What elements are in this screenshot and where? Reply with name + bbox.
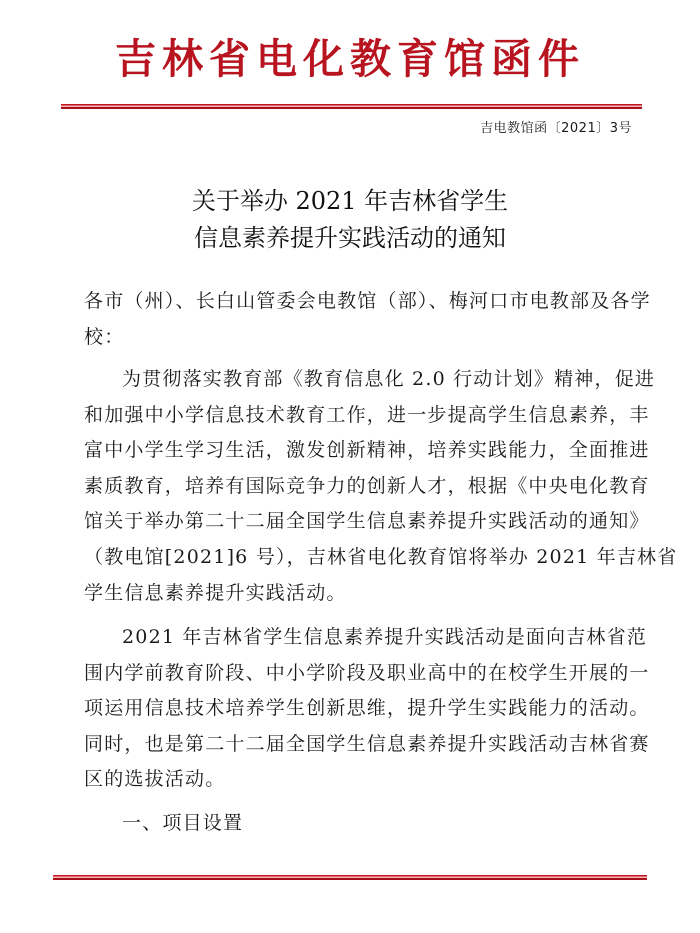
paragraph-1-line: （教电馆[2021]6 号），吉林省电化教育馆将举办 2021 年吉林省	[84, 540, 616, 576]
paragraph-2-line: 区的选拔活动。	[84, 762, 616, 798]
letterhead-title: 吉林省电化教育馆函件	[0, 34, 700, 84]
paragraph-2-line: 同时，也是第二十二届全国学生信息素养提升实践活动吉林省赛	[84, 727, 616, 763]
paragraph-2-line: 围内学前教育阶段、中小学阶段及职业高中的在校学生开展的一	[84, 656, 616, 692]
section-heading-text: 一、项目设置	[84, 806, 616, 842]
section-heading: 一、项目设置	[84, 806, 616, 842]
paragraph-2-line: 项运用信息技术培养学生创新思维，提升学生实践能力的活动。	[84, 691, 616, 727]
paragraph-1-line: 富中小学生学习生活，激发创新精神，培养实践能力，全面推进	[84, 433, 616, 469]
document-title: 关于举办 2021 年吉林省学生 信息素养提升实践活动的通知	[0, 183, 700, 257]
document-number: 吉电教馆函〔2021〕3号	[480, 117, 632, 136]
title-line-1: 关于举办 2021 年吉林省学生	[0, 183, 700, 220]
salutation-line-2: 校：	[84, 320, 616, 356]
salutation: 各市（州）、长白山管委会电教馆（部）、梅河口市电教部及各学 校：	[84, 284, 616, 355]
paragraph-1-line: 馆关于举办第二十二届全国学生信息素养提升实践活动的通知》	[84, 504, 616, 540]
paragraph-2: 2021 年吉林省学生信息素养提升实践活动是面向吉林省范 围内学前教育阶段、中小…	[84, 620, 616, 798]
paragraph-1-line: 学生信息素养提升实践活动。	[84, 576, 616, 612]
paragraph-1-line: 为贯彻落实教育部《教育信息化 2.0 行动计划》精神，促进	[84, 362, 616, 398]
paragraph-1-line: 和加强中小学信息技术教育工作，进一步提高学生信息素养，丰	[84, 398, 616, 434]
paragraph-2-line: 2021 年吉林省学生信息素养提升实践活动是面向吉林省范	[84, 620, 616, 656]
paragraph-1-line: 素质教育，培养有国际竞争力的创新人才，根据《中央电化教育	[84, 469, 616, 505]
salutation-line-1: 各市（州）、长白山管委会电教馆（部）、梅河口市电教部及各学	[84, 284, 616, 320]
title-line-2: 信息素养提升实践活动的通知	[0, 220, 700, 257]
letterhead-top-rule	[61, 104, 642, 109]
paragraph-1: 为贯彻落实教育部《教育信息化 2.0 行动计划》精神，促进 和加强中小学信息技术…	[84, 362, 616, 611]
letterhead-bottom-rule	[53, 875, 647, 880]
